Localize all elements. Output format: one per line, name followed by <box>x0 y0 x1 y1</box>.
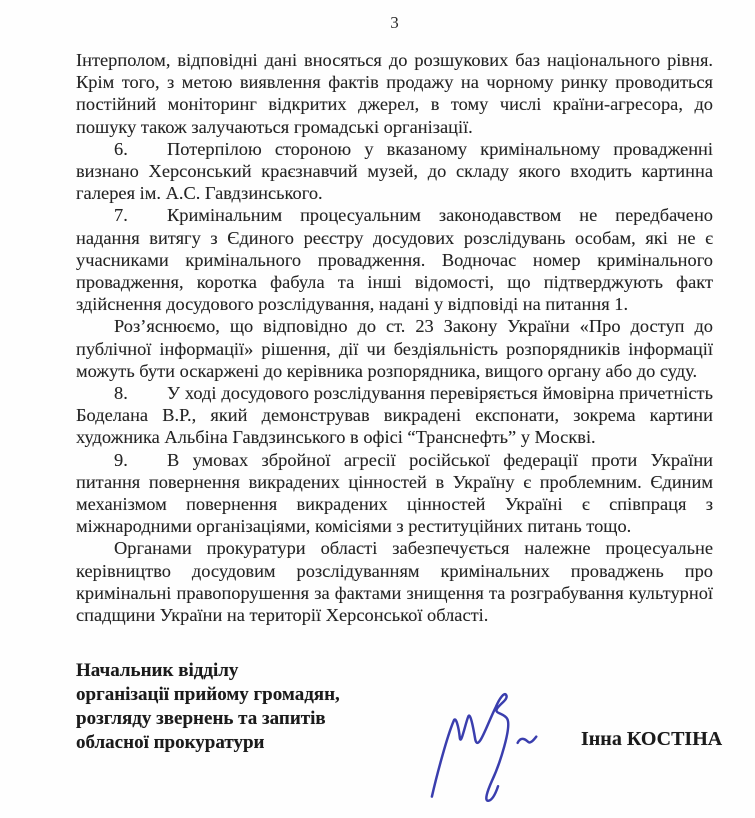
paragraph-numbered: 7.Кримінальним процесуальним законодавст… <box>76 204 713 315</box>
paragraph-text: Потерпілою стороною у вказаному кримінал… <box>76 139 713 203</box>
paragraph: Органами прокуратури області забезпечуєт… <box>76 537 713 626</box>
signer-title-line: Начальник відділу <box>76 659 340 683</box>
signer-title-line: обласної прокуратури <box>76 731 340 755</box>
paragraph: Роз’яснюємо, що відповідно до ст. 23 Зак… <box>76 315 713 382</box>
paragraph-number: 6. <box>114 138 167 160</box>
paragraph-number: 9. <box>114 449 167 471</box>
signer-title-line: організації прийому громадян, <box>76 683 340 707</box>
paragraph-number: 7. <box>114 204 167 226</box>
paragraph-numbered: 8.У ході досудового розслідування переві… <box>76 382 713 449</box>
signature-stroke <box>432 694 536 801</box>
paragraph-numbered: 9.В умовах збройної агресії російської ф… <box>76 449 713 538</box>
paragraph-numbered: 6.Потерпілою стороною у вказаному кримін… <box>76 138 713 205</box>
document-body: Інтерполом, відповідні дані вносяться до… <box>76 49 713 626</box>
paragraph-text: В умовах збройної агресії російської фед… <box>76 450 713 537</box>
signer-title: Начальник відділу організації прийому гр… <box>76 659 340 755</box>
paragraph-number: 8. <box>114 382 167 404</box>
handwritten-signature <box>418 686 576 810</box>
paragraph-text: Кримінальним процесуальним законодавство… <box>76 205 713 314</box>
scanned-letter-page: 3 Інтерполом, відповідні дані вносяться … <box>0 0 755 818</box>
signer-title-line: розгляду звернень та запитів <box>76 707 340 731</box>
page-number: 3 <box>76 12 713 34</box>
paragraph: Інтерполом, відповідні дані вносяться до… <box>76 49 713 138</box>
signer-name: Інна КОСТІНА <box>581 728 722 751</box>
paragraph-text: У ході досудового розслідування перевіря… <box>76 383 713 447</box>
